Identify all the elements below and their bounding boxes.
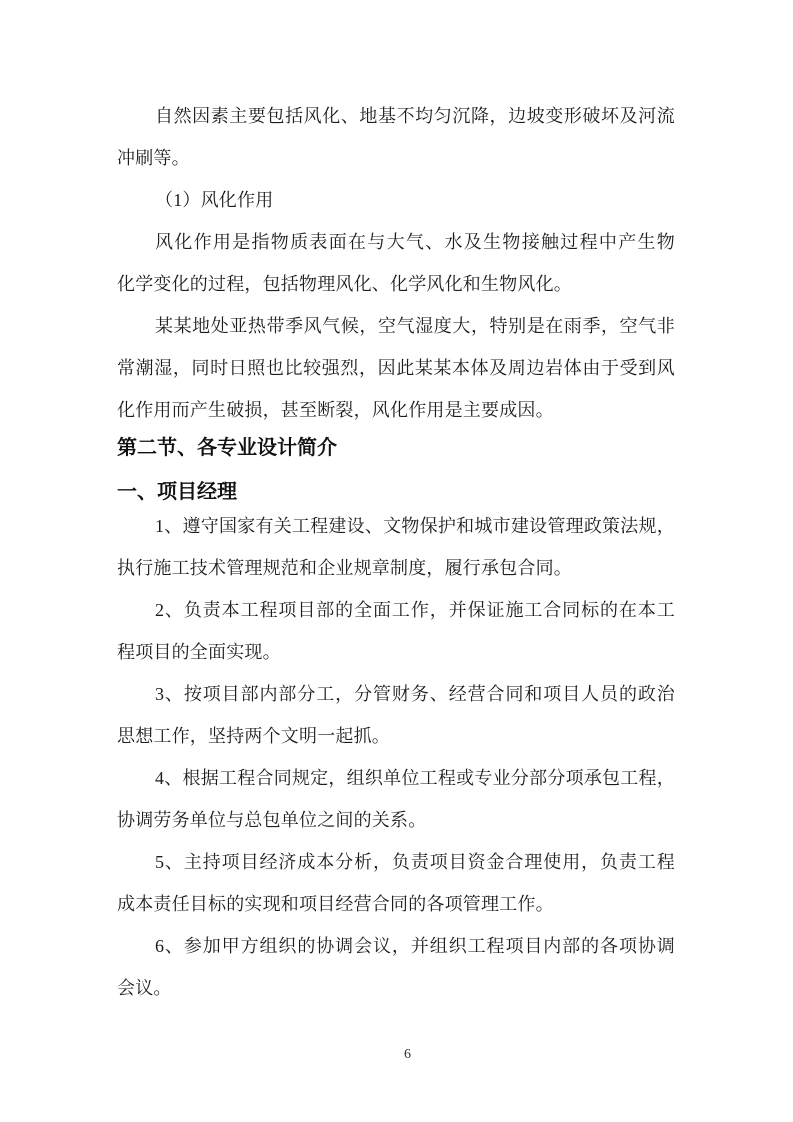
text-line: （1）风化作用 <box>117 179 675 221</box>
paragraph: 3、按项目部内部分工，分管财务、经营合同和项目人员的政治 思想工作，坚持两个文明… <box>117 673 675 757</box>
text-line: 协调劳务单位与总包单位之间的关系。 <box>117 799 675 841</box>
paragraph: 风化作用是指物质表面在与大气、水及生物接触过程中产生物理、 化学变化的过程，包括… <box>117 221 675 305</box>
text-line: 2、负责本工程项目部的全面工作，并保证施工合同标的在本工 <box>117 589 675 631</box>
text-line: 程项目的全面实现。 <box>117 631 675 673</box>
text-line: 冲刷等。 <box>117 137 675 179</box>
text-line: 成本责任目标的实现和项目经营合同的各项管理工作。 <box>117 883 675 925</box>
paragraph: 自然因素主要包括风化、地基不均匀沉降，边坡变形破坏及河流 冲刷等。 <box>117 95 675 179</box>
document-page: 自然因素主要包括风化、地基不均匀沉降，边坡变形破坏及河流 冲刷等。 （1）风化作… <box>0 0 793 1122</box>
text-line: 风化作用是指物质表面在与大气、水及生物接触过程中产生物理、 <box>117 221 675 263</box>
paragraph: 2、负责本工程项目部的全面工作，并保证施工合同标的在本工 程项目的全面实现。 <box>117 589 675 673</box>
text-line: 执行施工技术管理规范和企业规章制度，履行承包合同。 <box>117 547 675 589</box>
page-number: 6 <box>11 1044 793 1066</box>
paragraph: 1、遵守国家有关工程建设、文物保护和城市建设管理政策法规， 执行施工技术管理规范… <box>117 505 675 589</box>
text-line: 5、主持项目经济成本分析，负责项目资金合理使用，负责工程 <box>117 841 675 883</box>
text-line: 某某地处亚热带季风气候，空气湿度大，特别是在雨季，空气非 <box>117 305 675 347</box>
paragraph: （1）风化作用 <box>117 179 675 221</box>
text-line: 会议。 <box>117 967 675 1009</box>
paragraph: 4、根据工程合同规定，组织单位工程或专业分部分项承包工程， 协调劳务单位与总包单… <box>117 757 675 841</box>
text-line: 4、根据工程合同规定，组织单位工程或专业分部分项承包工程， <box>117 757 675 799</box>
text-line: 自然因素主要包括风化、地基不均匀沉降，边坡变形破坏及河流 <box>117 95 675 137</box>
page-content: 自然因素主要包括风化、地基不均匀沉降，边坡变形破坏及河流 冲刷等。 （1）风化作… <box>117 95 675 1009</box>
paragraph: 某某地处亚热带季风气候，空气湿度大，特别是在雨季，空气非 常潮湿，同时日照也比较… <box>117 305 675 431</box>
text-line: 化学变化的过程，包括物理风化、化学风化和生物风化。 <box>117 263 675 305</box>
section-heading: 第二节、各专业设计简介 <box>117 427 675 469</box>
text-line: 常潮湿，同时日照也比较强烈，因此某某本体及周边岩体由于受到风 <box>117 347 675 389</box>
text-line: 1、遵守国家有关工程建设、文物保护和城市建设管理政策法规， <box>117 505 675 547</box>
text-line: 化作用而产生破损，甚至断裂，风化作用是主要成因。 <box>117 389 675 431</box>
text-line: 思想工作，坚持两个文明一起抓。 <box>117 715 675 757</box>
text-line: 3、按项目部内部分工，分管财务、经营合同和项目人员的政治 <box>117 673 675 715</box>
text-line: 6、参加甲方组织的协调会议，并组织工程项目内部的各项协调 <box>117 925 675 967</box>
paragraph: 5、主持项目经济成本分析，负责项目资金合理使用，负责工程 成本责任目标的实现和项… <box>117 841 675 925</box>
paragraph: 6、参加甲方组织的协调会议，并组织工程项目内部的各项协调 会议。 <box>117 925 675 1009</box>
